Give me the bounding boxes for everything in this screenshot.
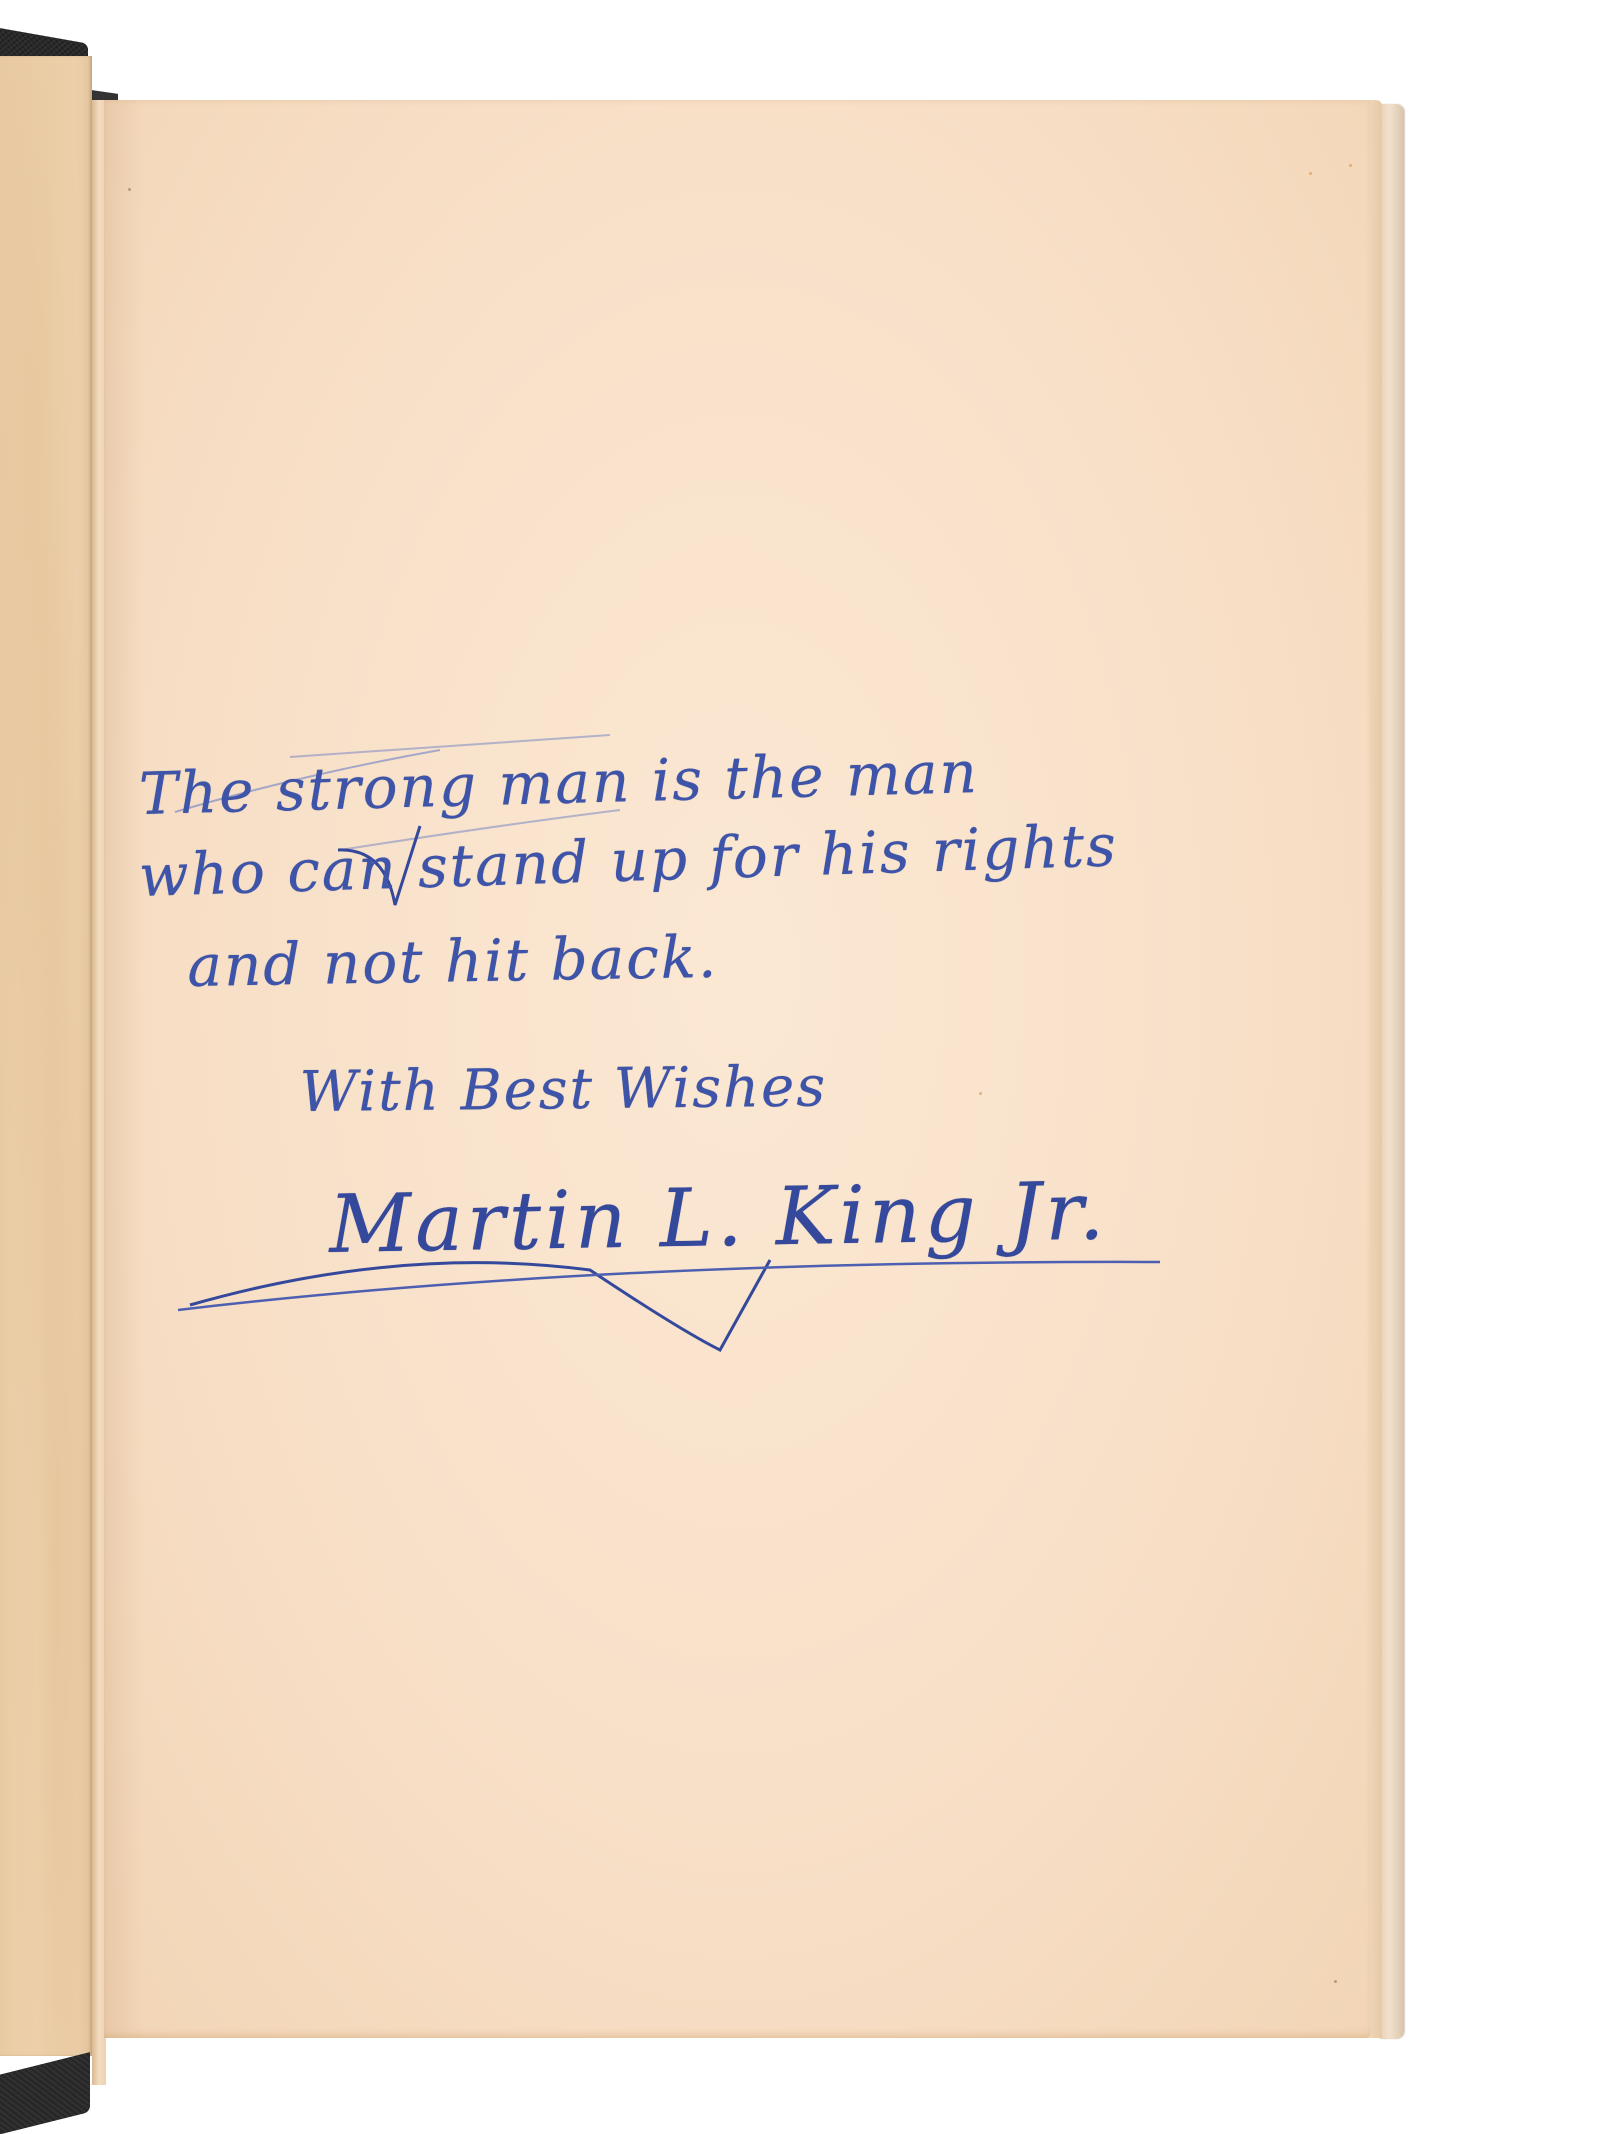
book-photo: The strong man is the man who can stand … xyxy=(0,0,1600,2134)
inscription-closing: With Best Wishes xyxy=(299,1054,827,1125)
signature: Martin L. King Jr. xyxy=(328,1164,1109,1271)
inscription-line-3: and not hit back. xyxy=(187,923,719,1000)
handwritten-inscription: The strong man is the man who can stand … xyxy=(0,0,1600,2134)
